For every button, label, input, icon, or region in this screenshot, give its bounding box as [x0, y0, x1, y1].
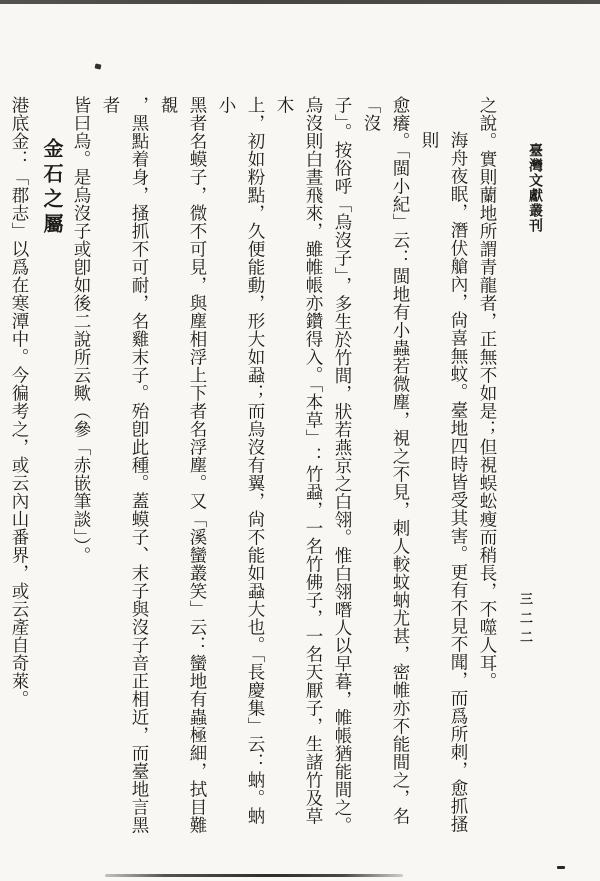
text-column: ，黑點着身，搔抓不可耐，名雞末子。殆卽此種。蓋蟆子、末子與沒子音正相近，而臺地言…: [96, 96, 154, 840]
scan-smudge-artifact-bottom: [105, 874, 403, 877]
scan-speck-artifact: [95, 63, 102, 69]
page-number: 三二二: [516, 592, 535, 649]
page-body: 之說。實則蘭地所謂青龍者，正無不如是；但視蜈蚣瘦而稍長，不噬人耳。海舟夜眠，潛伏…: [0, 96, 502, 840]
series-title: 臺灣文獻叢刊: [524, 143, 544, 233]
text-column: 港底金：「郡志」以爲在寒潭中。今徧考之，或云內山番界，或云產自奇萊。: [5, 96, 34, 840]
section-heading: 金石之屬: [34, 96, 67, 840]
text-column: 之說。實則蘭地所謂青龍者，正無不如是；但視蜈蚣瘦而稍長，不噬人耳。: [473, 96, 502, 840]
text-column: 海舟夜眠，潛伏艙內，尙喜無蚊。臺地四時皆受其害。更有不見不聞，而爲所刺，愈抓搔則: [415, 96, 473, 840]
text-column: 子」。按俗呼「烏沒子」，多生於竹間，狀若燕京之白翎。惟白翎噆人以早暮，帷帳猶能間…: [328, 96, 357, 840]
text-column: 愈癢。「閩小紀」云：閩地有小蟲若微塵，視之不見，刺人較蚊蚋尤甚，密帷亦不能間之，…: [357, 96, 415, 840]
scan-mark-artifact: [557, 866, 565, 869]
scan-edge-artifact-top: [0, 0, 600, 4]
text-column: 烏沒則白晝飛來，雖帷帳亦鑽得入。「本草」：竹蝨，一名竹佛子，一名天厭子，生諸竹及…: [270, 96, 328, 840]
text-column: 皆曰烏。是烏沒子或卽如後二說所云歟（參「赤嵌筆談」）。: [67, 96, 96, 840]
text-column: 上，初如粉點，久便能動，形大如蝨；而烏沒有翼，尙不能如蝨大也。「長慶集」云：蚋。…: [212, 96, 270, 840]
scanned-book-page: 臺灣文獻叢刊 三二二 之說。實則蘭地所謂青龍者，正無不如是；但視蜈蚣瘦而稍長，不…: [0, 0, 600, 881]
text-column: 黑者名蟆子，微不可見，與塵相浮上下者名浮塵。又「溪蠻叢笑」云：蠻地有蟲極細，拭目…: [154, 96, 212, 840]
